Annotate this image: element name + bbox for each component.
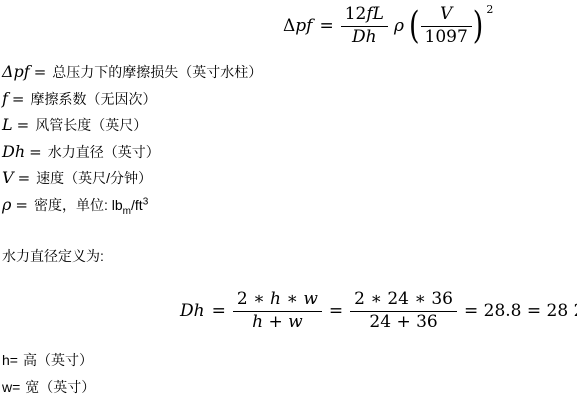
- numerator: V: [421, 5, 472, 27]
- footnote-w: w=宽（英寸）: [2, 374, 95, 397]
- hydraulic-diameter-formula: Dh = 2 ∗ h ∗ w h + w = 2 ∗ 24 ∗ 36 24 + …: [180, 290, 577, 332]
- numerator: 12fL: [341, 5, 388, 27]
- equals-sign: =: [329, 301, 343, 321]
- denominator: 24 + 36: [350, 312, 457, 333]
- equals-sign: =: [319, 16, 333, 36]
- equals-sign: =: [212, 301, 226, 321]
- height-variable: h: [252, 312, 263, 332]
- lhs-variables: pf: [295, 16, 312, 36]
- formula2-result: = 28.8 = 28 205/256": [464, 301, 577, 321]
- plus-operator: +: [263, 312, 288, 332]
- equals-sign: =: [34, 63, 47, 81]
- fraction-V-over-1097: V 1097: [421, 5, 472, 47]
- equals-sign: =: [29, 143, 42, 161]
- coefficient: 2 ∗: [237, 289, 270, 309]
- fraction-2hw-over-h-plus-w: 2 ∗ h ∗ w h + w: [233, 290, 322, 332]
- numeric-numerator: 2 ∗ 24 ∗ 36: [354, 289, 453, 309]
- density-unit: lbm/ft3: [112, 197, 148, 213]
- velocity-variable: V: [440, 4, 452, 24]
- math-symbol: f: [2, 89, 8, 108]
- exponent: 2: [486, 3, 493, 16]
- math-symbol: ρ: [2, 195, 11, 214]
- footnote-h: h=高（英寸）: [2, 347, 95, 374]
- friction-loss-formula: Δpf = 12fL Dh ρ ( V 1097 ) 2: [283, 5, 493, 47]
- delta-symbol: Δ: [283, 16, 295, 36]
- formula2-lhs: Dh: [180, 301, 205, 321]
- definition-text: 摩擦系数（无因次）: [31, 91, 157, 107]
- math-symbol: L: [2, 115, 13, 134]
- numeric-denominator: 24 + 36: [369, 312, 437, 332]
- document-page: Δpf = 12fL Dh ρ ( V 1097 ) 2 Δpf=总压力下的摩擦…: [0, 0, 577, 397]
- width-variable: w: [288, 312, 303, 332]
- unit-subscript: m: [123, 205, 131, 216]
- definition-row-dpf: Δpf=总压力下的摩擦损失（英寸水柱）: [2, 59, 262, 86]
- denominator: 1097: [421, 27, 472, 48]
- definition-text: 水力直径（英寸）: [48, 144, 160, 160]
- formula1-lhs: Δpf: [283, 16, 312, 36]
- math-symbol: Δpf: [2, 62, 30, 81]
- definition-text: 密度，单位:: [34, 197, 112, 213]
- hydraulic-diameter-heading: 水力直径定义为:: [2, 246, 104, 266]
- right-paren: ): [473, 7, 484, 44]
- fraction-12fL-over-Dh: 12fL Dh: [341, 5, 388, 47]
- equals-sign: =: [17, 116, 30, 134]
- footnote-label: h=: [2, 352, 18, 368]
- definition-row-Dh: Dh=水力直径（英寸）: [2, 139, 262, 166]
- definition-row-f: f=摩擦系数（无因次）: [2, 86, 262, 113]
- math-symbol: V: [2, 168, 14, 187]
- denominator: Dh: [341, 27, 388, 48]
- definition-row-rho: ρ=密度，单位: lbm/ft3: [2, 192, 262, 219]
- width-variable: w: [303, 289, 318, 309]
- definition-text: 速度（英尺/分钟）: [36, 170, 152, 186]
- unit-superscript: 3: [143, 196, 149, 207]
- left-paren: (: [409, 7, 420, 44]
- equals-sign: =: [12, 90, 25, 108]
- multiply-operator: ∗: [281, 289, 303, 309]
- numerator: 2 ∗ 24 ∗ 36: [350, 290, 457, 312]
- definition-row-L: L=风管长度（英尺）: [2, 112, 262, 139]
- math-symbol: Dh: [2, 142, 25, 161]
- equals-sign: =: [18, 169, 31, 187]
- denominator: h + w: [233, 312, 322, 333]
- footnote-label: w=: [2, 379, 20, 395]
- numerator-variables: fL: [366, 4, 384, 24]
- fraction-numeric: 2 ∗ 24 ∗ 36 24 + 36: [350, 290, 457, 332]
- unit-base: lb: [112, 197, 123, 213]
- footnotes: h=高（英寸） w=宽（英寸）: [2, 347, 95, 397]
- definition-text: 总压力下的摩擦损失（英寸水柱）: [52, 64, 262, 80]
- unit-mid: /ft: [131, 197, 143, 213]
- definition-text: 风管长度（英尺）: [35, 117, 147, 133]
- rho-symbol: ρ: [394, 16, 404, 36]
- variable-definitions: Δpf=总压力下的摩擦损失（英寸水柱） f=摩擦系数（无因次） L=风管长度（英…: [2, 59, 262, 218]
- numerator: 2 ∗ h ∗ w: [233, 290, 322, 312]
- denominator-variables: Dh: [352, 27, 377, 47]
- height-variable: h: [270, 289, 281, 309]
- equals-sign: =: [15, 196, 28, 214]
- definition-row-V: V=速度（英尺/分钟）: [2, 165, 262, 192]
- footnote-text: 高（英寸）: [23, 352, 93, 368]
- constant-1097: 1097: [425, 27, 468, 47]
- numerator-coefficient: 12: [345, 4, 367, 24]
- footnote-text: 宽（英寸）: [25, 379, 95, 395]
